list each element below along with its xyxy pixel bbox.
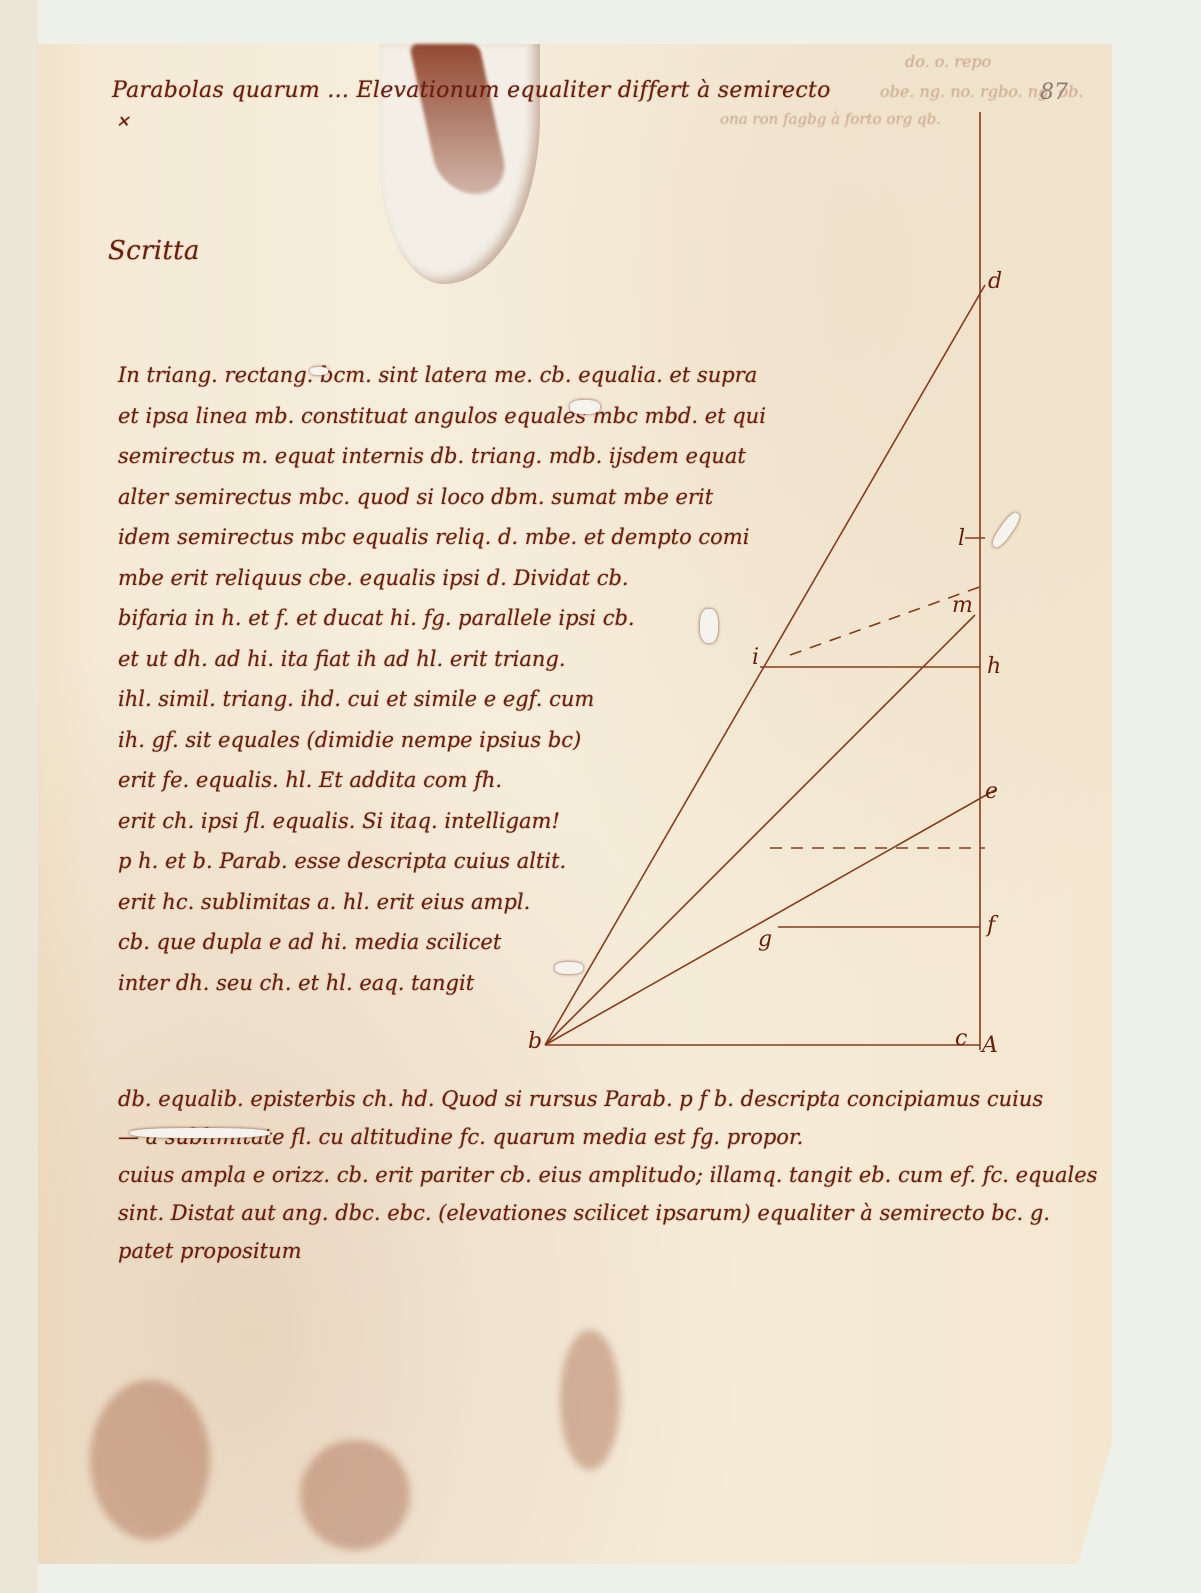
paper-hole — [130, 1128, 270, 1138]
paper-hole — [310, 367, 328, 375]
geometric-diagram: d l m h i e f g b c A — [0, 0, 1201, 1593]
paper-hole — [570, 400, 600, 414]
line-be — [545, 790, 995, 1045]
label-e: e — [985, 779, 998, 804]
label-d: d — [988, 269, 1002, 294]
label-a: A — [980, 1033, 998, 1058]
label-c: c — [955, 1026, 967, 1051]
label-i: i — [752, 645, 759, 670]
line-bm — [545, 615, 975, 1045]
label-g: g — [758, 927, 772, 952]
label-l: l — [958, 526, 965, 551]
paper-hole — [555, 962, 583, 974]
paper-hole — [700, 609, 718, 643]
label-f: f — [985, 913, 999, 938]
label-b: b — [528, 1029, 542, 1054]
label-h: h — [987, 654, 1001, 679]
label-m: m — [952, 593, 973, 618]
